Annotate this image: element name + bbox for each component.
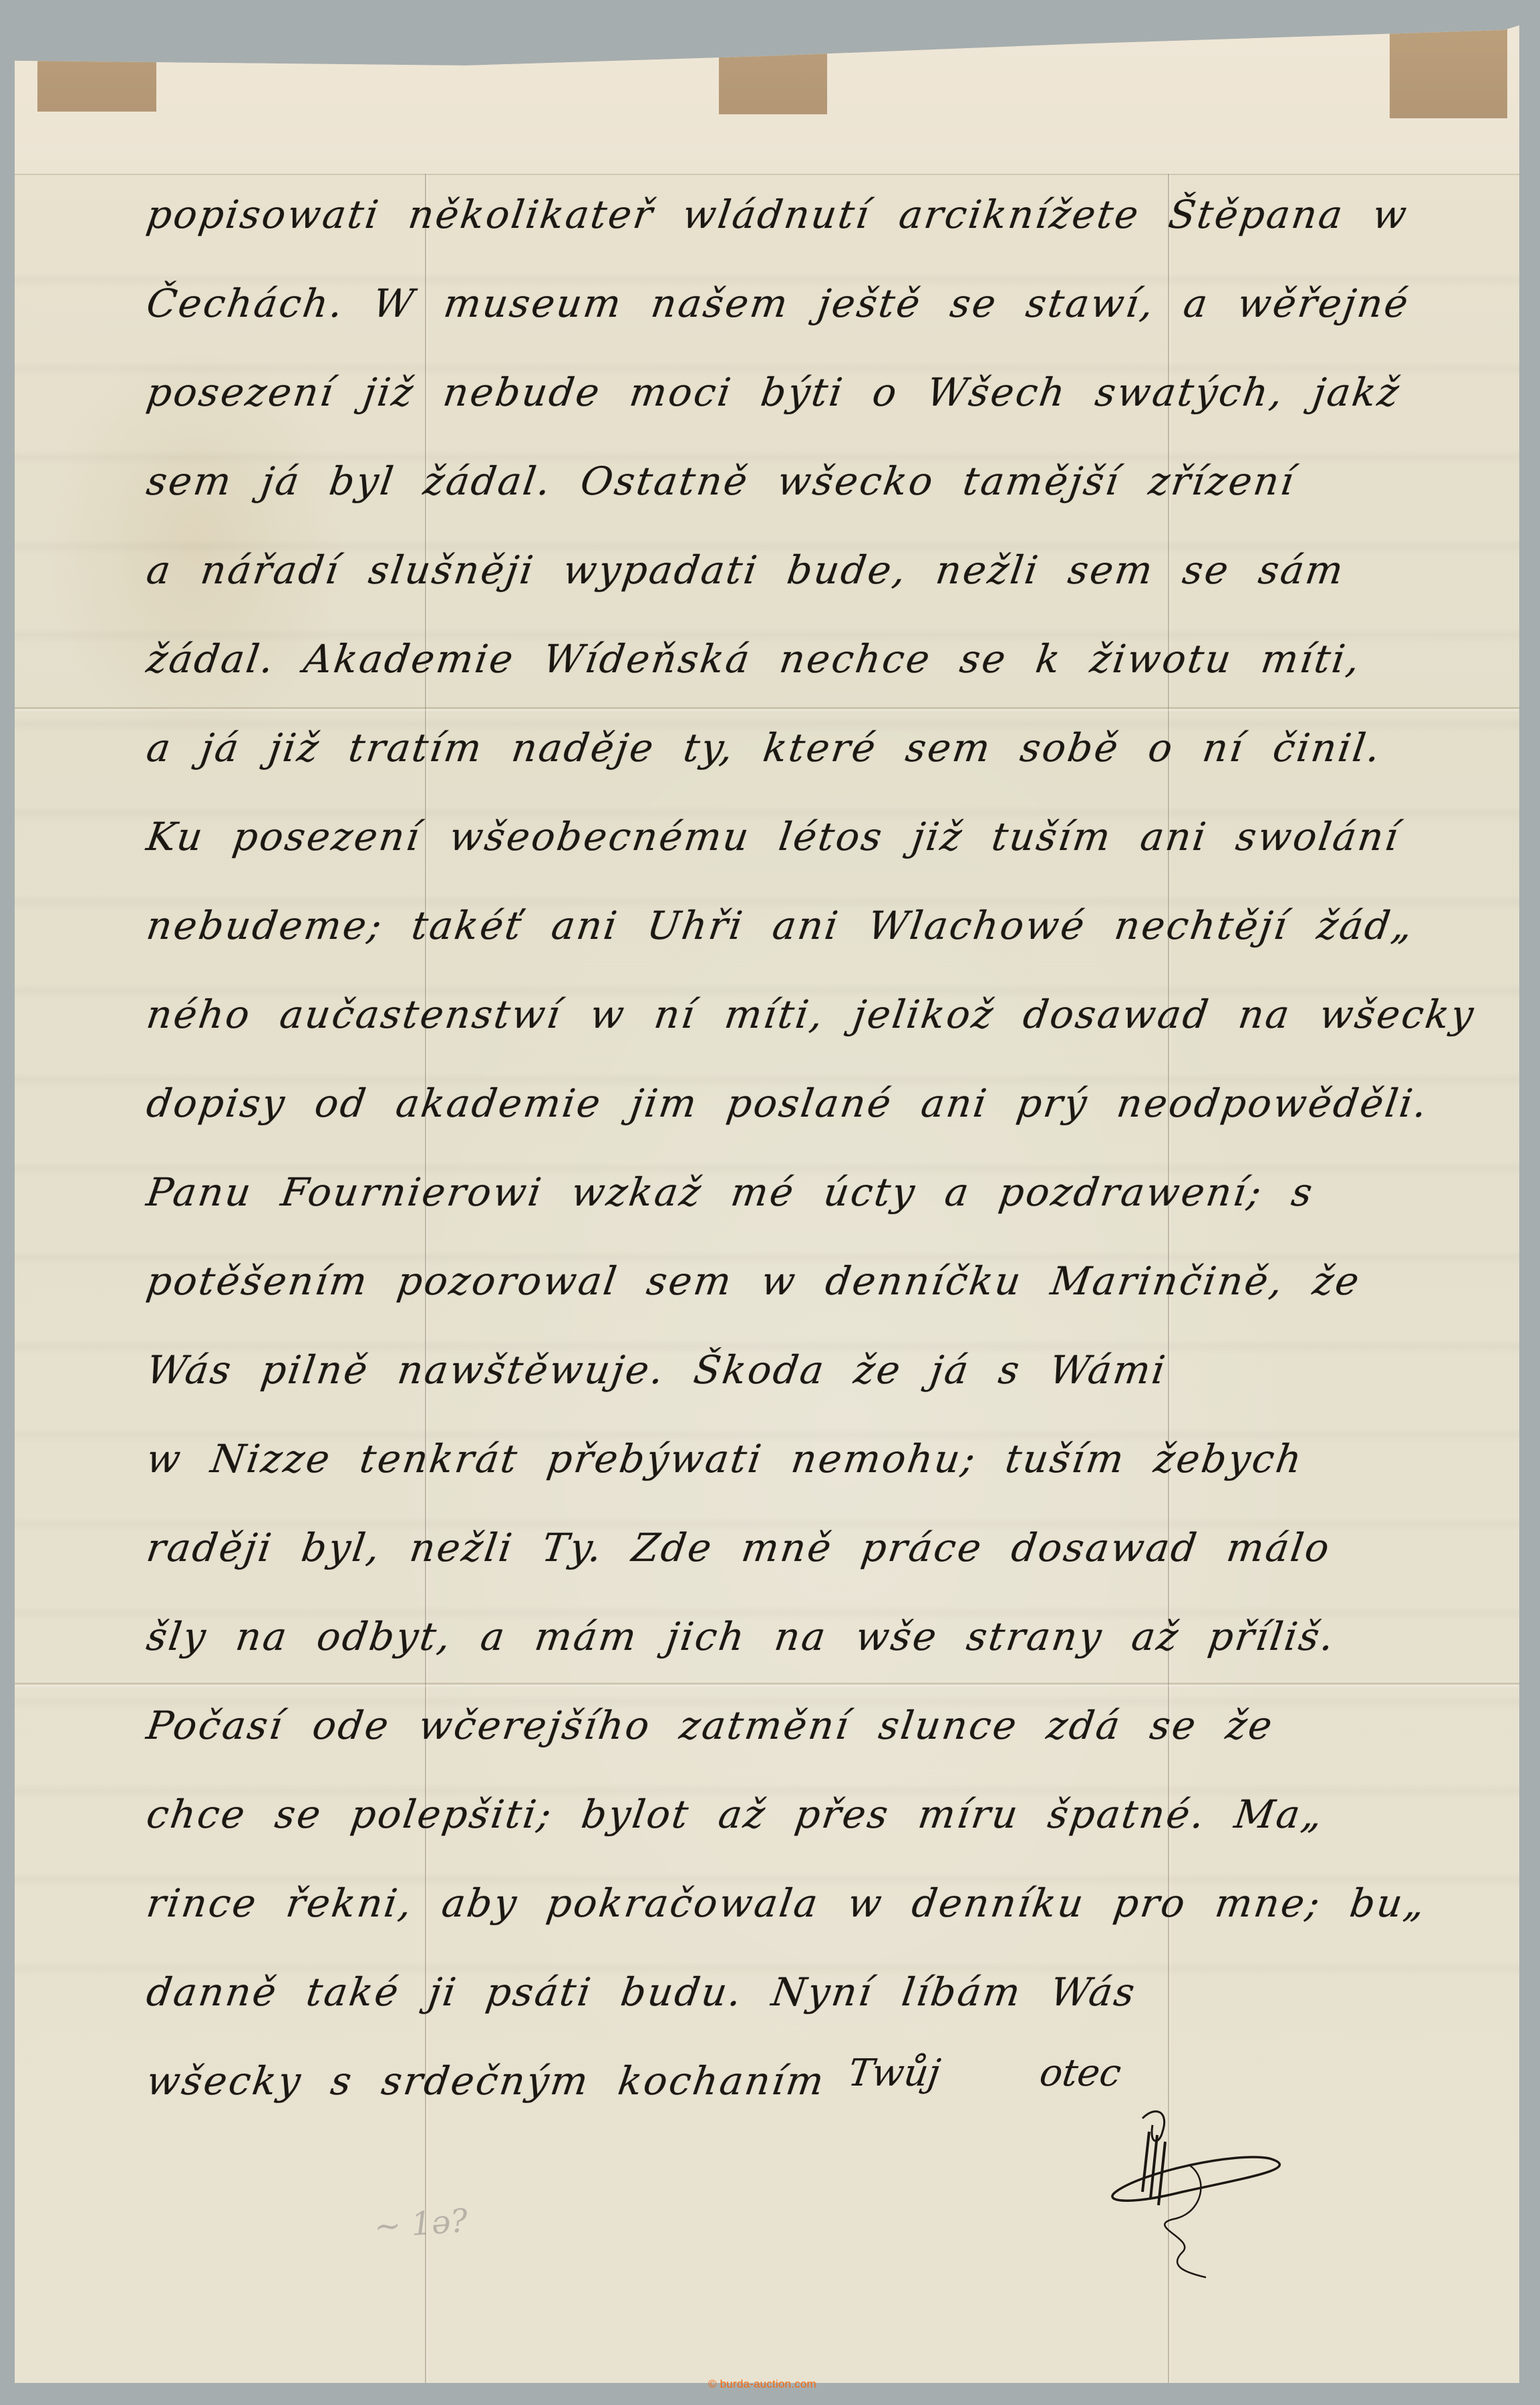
tape-left <box>37 29 156 112</box>
letter-line: rince řekni, aby pokračowala w denníku p… <box>141 1859 1477 1948</box>
letter-line: šly na odbyt, a mám jich na wše strany a… <box>141 1592 1477 1681</box>
watermark-text: © burda-auction.com <box>708 2378 816 2391</box>
letter-line: ného aučastenstwí w ní míti, jelikož dos… <box>141 970 1477 1059</box>
letter-line: Čechách. W museum našem ještě se stawí, … <box>141 259 1477 348</box>
letter-line: chce se polepšiti; bylot až přes míru šp… <box>141 1770 1477 1859</box>
letter-line: w Nizze tenkrát přebýwati nemohu; tuším … <box>141 1415 1477 1504</box>
letter-line: nebudeme; takéť ani Uhři ani Wlachowé ne… <box>141 881 1477 970</box>
letter-line: Wás pilně nawštěwuje. Škoda že já s Wámi <box>141 1326 1477 1415</box>
letter-line: raději byl, nežli Ty. Zde mně práce dosa… <box>141 1504 1477 1592</box>
letter-body: popisowati několikateř wládnutí arcikníž… <box>147 170 1470 2126</box>
letter-line: danně také ji psáti budu. Nyní líbám Wás <box>141 1948 1477 2037</box>
letter-line: a nářadí slušněji wypadati bude, nežli s… <box>141 526 1477 615</box>
closing-word-otec: otec <box>1037 2052 1124 2095</box>
letter-line: žádal. Akademie Wídeňská nechce se k žiw… <box>141 615 1477 704</box>
letter-line: Ku posezení wšeobecnému létos již tuším … <box>141 793 1477 881</box>
closing-signature: Twůjotec <box>845 2052 1124 2095</box>
letter-line: sem já byl žádal. Ostatně wšecko tamější… <box>141 437 1477 526</box>
letter-line: potěšením pozorowal sem w denníčku Marin… <box>141 1237 1477 1326</box>
letter-line: Počasí ode wčerejšího zatmění slunce zdá… <box>141 1681 1477 1770</box>
letter-line: posezení již nebude moci býti o Wšech sw… <box>141 348 1477 437</box>
letter-line: popisowati několikateř wládnutí arcikníž… <box>141 170 1477 259</box>
tape-right <box>1390 23 1507 118</box>
pencil-annotation: ~ 1ə? <box>373 2202 469 2246</box>
letter-line: Panu Fournierowi wzkaž mé úcty a pozdraw… <box>141 1148 1477 1237</box>
letter-line: dopisy od akademie jim poslané ani prý n… <box>141 1059 1477 1148</box>
closing-word-twuj: Twůj <box>845 2052 943 2095</box>
letter-line: a já již tratím naděje ty, které sem sob… <box>141 704 1477 793</box>
tape-center <box>719 25 827 114</box>
signature-flourish-icon <box>1102 2105 1383 2279</box>
